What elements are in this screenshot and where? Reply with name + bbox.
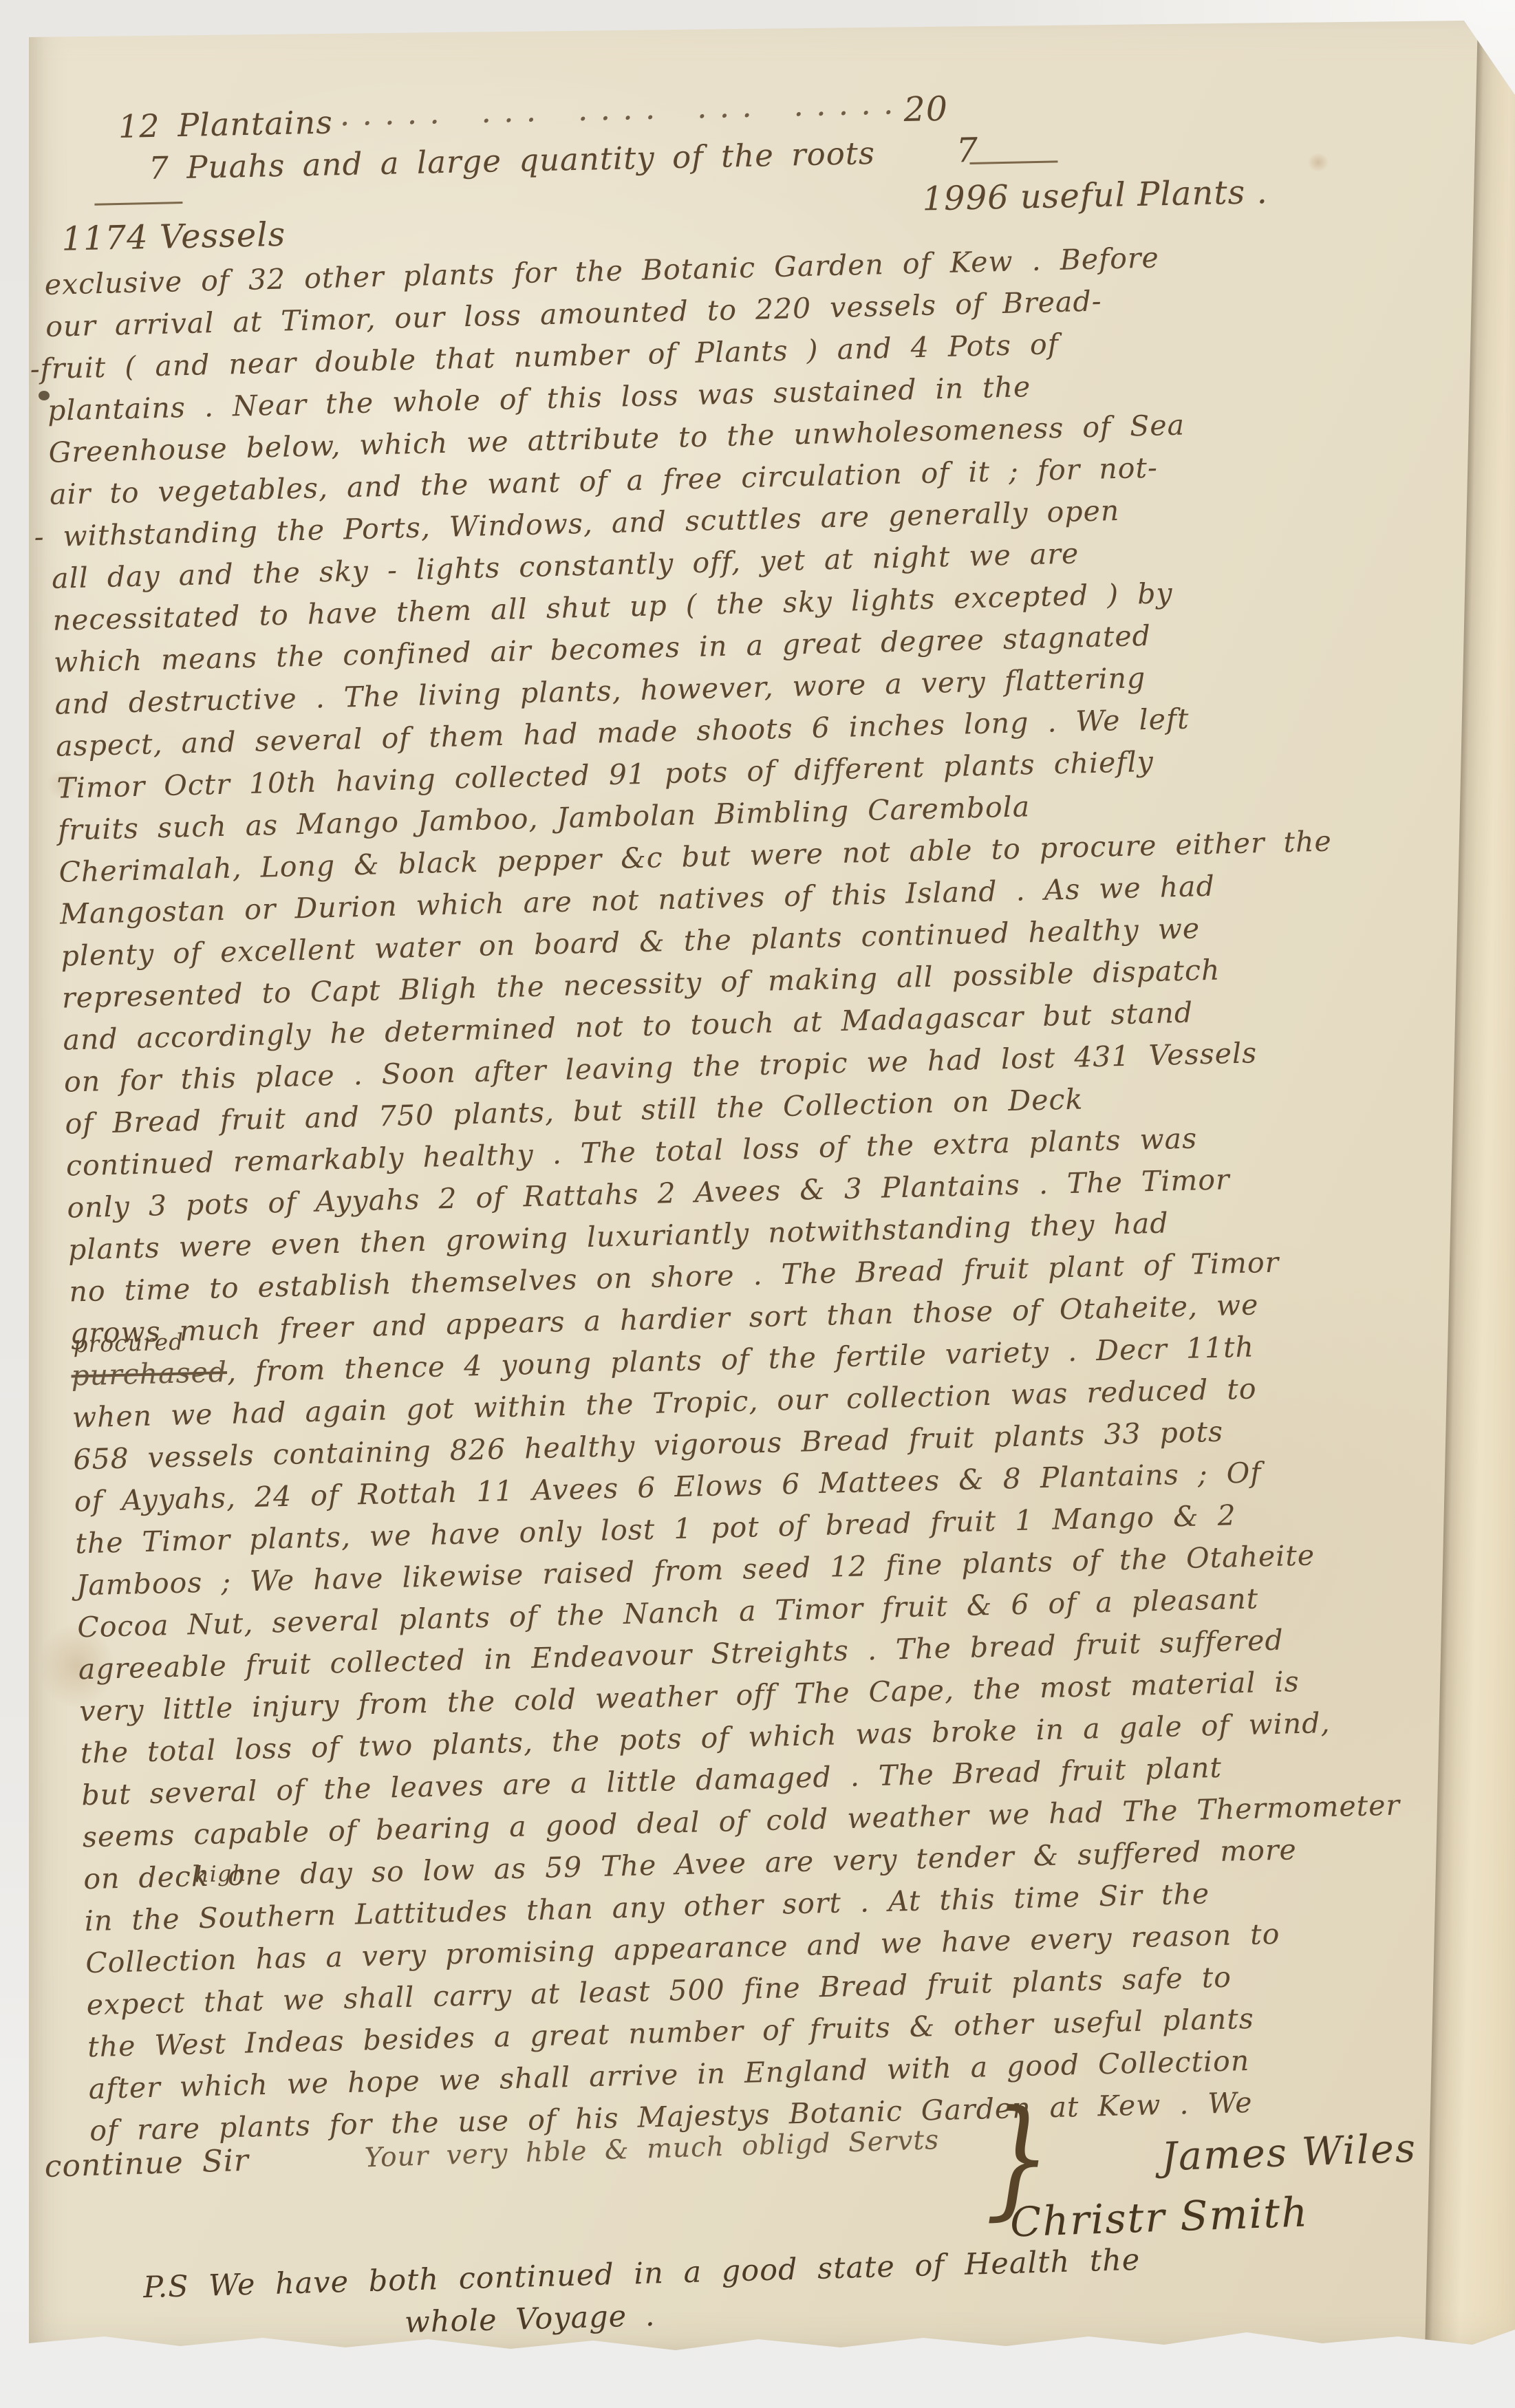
tally-item: Puahs and a large quantity of the roots xyxy=(186,135,876,186)
sum-rule-left xyxy=(94,202,182,206)
handwritten-content: 12 Plantains..... ... .... ... .....20 7… xyxy=(0,0,1515,2408)
postscript-line: whole Voyage . xyxy=(404,2299,656,2340)
tally-item: Plantains xyxy=(178,103,334,144)
tally-qty: 12 xyxy=(118,107,161,145)
tally-value: 20 xyxy=(903,89,949,129)
sum-rule-right xyxy=(969,160,1057,164)
inserted-word: procured xyxy=(73,1331,184,1356)
total-useful-plants: 1996 useful Plants . xyxy=(922,173,1268,219)
struck-word: purchased xyxy=(71,1355,228,1393)
postscript-line: P.S We have both continued in a good sta… xyxy=(143,2243,1141,2305)
signature-christopher-smith: Christr Smith xyxy=(1009,2188,1309,2246)
line-text: in the xyxy=(84,1902,180,1937)
signature-james-wiles: James Wiles xyxy=(1161,2126,1417,2180)
closing-lead: continue Sir xyxy=(44,2143,250,2184)
letter-body: exclusive of 32 other plants for the Bot… xyxy=(44,230,1493,2152)
inserted-word: high xyxy=(195,1862,248,1885)
total-vessels: 1174 Vessels xyxy=(61,215,286,259)
leader-dots: ..... ... .... ... ..... xyxy=(339,84,897,133)
tally-qty: 7 xyxy=(149,149,170,186)
